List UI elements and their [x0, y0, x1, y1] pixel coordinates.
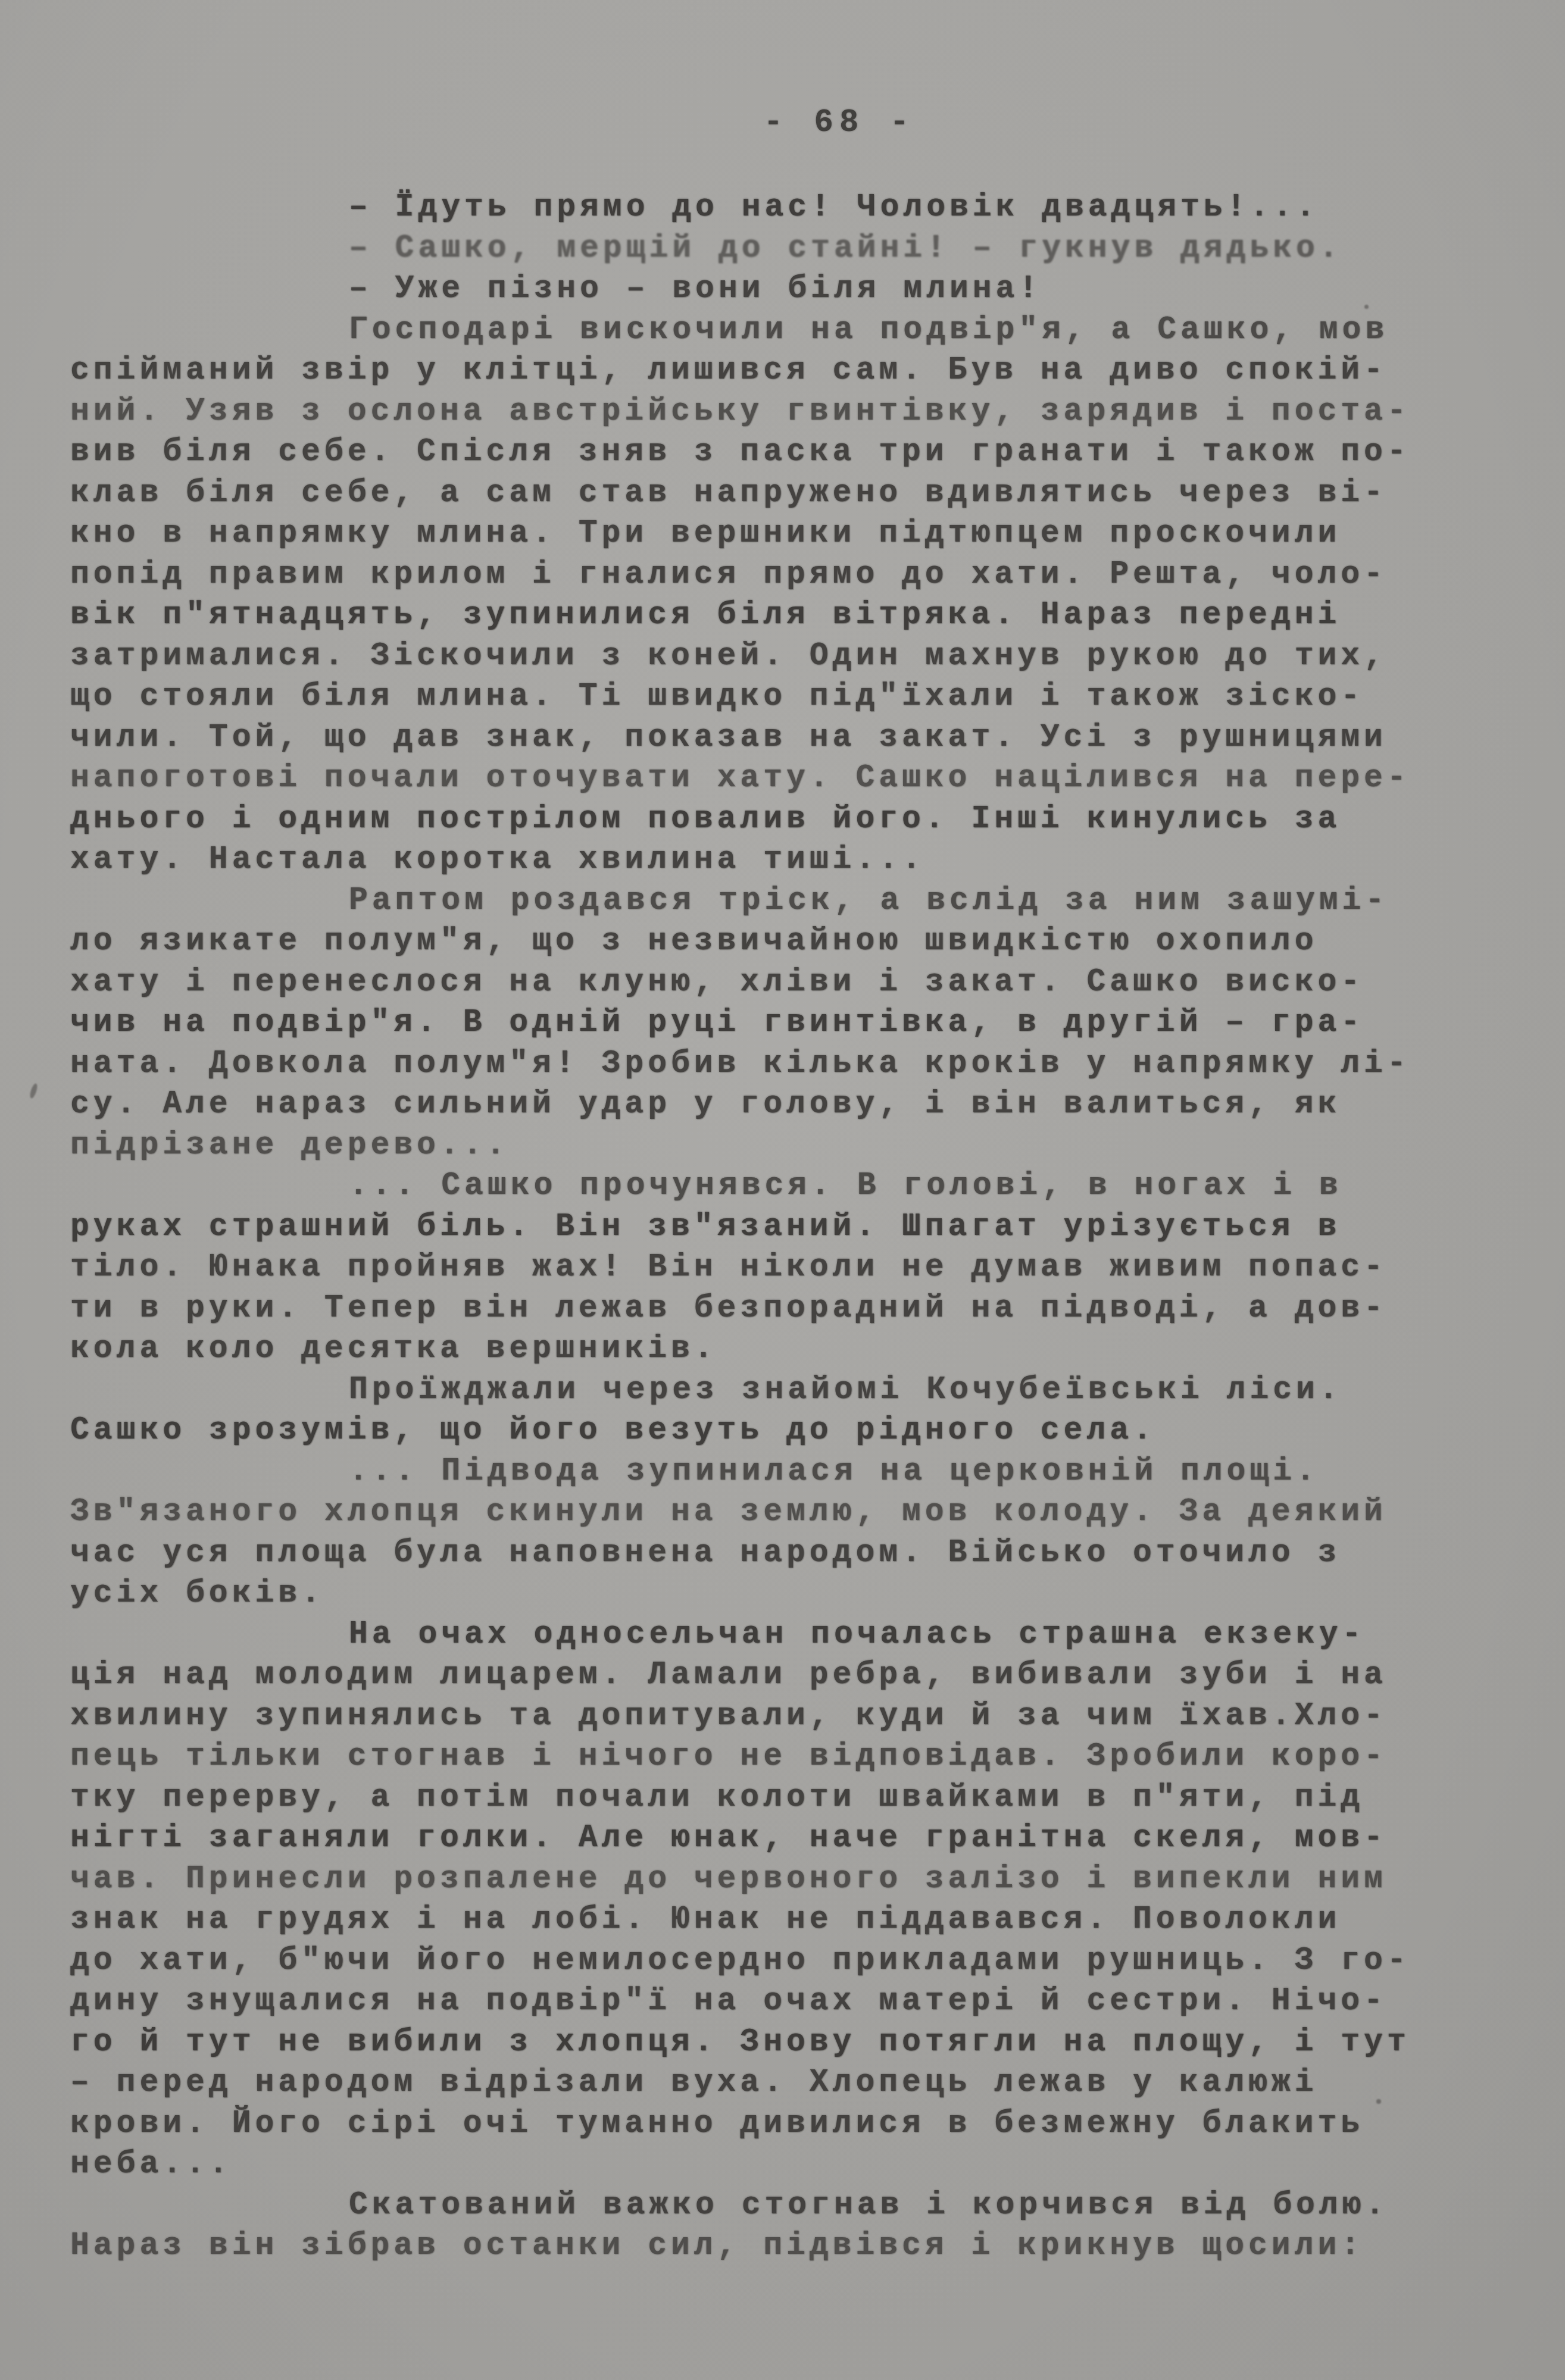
text-line: попід правим крилом і гналися прямо до х… — [70, 554, 1500, 595]
text-line: Господарі вискочили на подвір"я, а Сашко… — [70, 309, 1500, 351]
text-line: Раптом роздався тріск, а вслід за ним за… — [70, 880, 1500, 921]
scanned-document-page: { "colors": { "paper": "#a8a7a4", "ink":… — [0, 0, 1565, 2380]
text-line: знак на грудях і на лобі. Юнак не піддав… — [70, 1899, 1500, 1940]
text-line: – Уже пізно – вони біля млина! — [70, 268, 1500, 309]
text-line: днього і одним пострілом повалив його. І… — [70, 799, 1500, 840]
text-line: хвилину зупинялись та допитували, куди й… — [70, 1696, 1500, 1737]
text-line: – Їдуть прямо до нас! Чоловік двадцять!.… — [70, 187, 1500, 228]
text-line: кно в напрямку млина. Три вершники підтю… — [70, 513, 1500, 554]
text-line: – перед народом відрізали вуха. Хлопець … — [70, 2062, 1500, 2103]
text-line: ти в руки. Тепер він лежав безпорадний н… — [70, 1288, 1500, 1329]
text-line: Проїжджали через знайомі Кочубеївські лі… — [70, 1369, 1500, 1411]
text-line: усіх боків. — [70, 1573, 1500, 1614]
text-line: тіло. Юнака пройняв жах! Він ніколи не д… — [70, 1247, 1500, 1288]
text-line: Нараз він зібрав останки сил, підвівся і… — [70, 2225, 1500, 2266]
text-line: го й тут не вибили з хлопця. Знову потяг… — [70, 2022, 1500, 2063]
text-line: час уся площа була наповнена народом. Ві… — [70, 1533, 1500, 1574]
text-line: хату. Настала коротка хвилина тиші... — [70, 839, 1500, 880]
text-line: На очах односельчан почалась страшна екз… — [70, 1614, 1500, 1655]
text-line: до хати, б"ючи його немилосердно приклад… — [70, 1940, 1500, 1981]
scan-artifact — [29, 1083, 39, 1099]
text-line: ... Сашко прочунявся. В голові, в ногах … — [70, 1165, 1500, 1206]
text-line: – Сашко, мерщій до стайні! – гукнув дядь… — [70, 228, 1500, 269]
text-line: руках страшний біль. Він зв"язаний. Шпаг… — [70, 1206, 1500, 1247]
text-line: ... Підвода зупинилася на церковній площ… — [70, 1451, 1500, 1492]
text-body: – Їдуть прямо до нас! Чоловік двадцять!.… — [70, 187, 1500, 2266]
text-line: чав. Принесли розпалене до червоного зал… — [70, 1859, 1500, 1900]
text-line: ція над молодим лицарем. Ламали ребра, в… — [70, 1655, 1500, 1696]
text-line: спійманий звір у клітці, лишився сам. Бу… — [70, 350, 1500, 391]
text-line: Скатований важко стогнав і корчився від … — [70, 2185, 1500, 2226]
text-line: напоготові почали оточувати хату. Сашко … — [70, 758, 1500, 799]
text-line: су. Але нараз сильний удар у голову, і в… — [70, 1084, 1500, 1125]
text-line: Сашко зрозумів, що його везуть до рідног… — [70, 1410, 1500, 1451]
text-line: ний. Узяв з ослона австрійську гвинтівку… — [70, 391, 1500, 432]
text-line: затрималися. Зіскочили з коней. Один мах… — [70, 636, 1500, 677]
text-line: дину знущалися на подвір"ї на очах матер… — [70, 1981, 1500, 2022]
page-number: - 68 - — [0, 105, 1565, 141]
text-line: нігті заганяли голки. Але юнак, наче гра… — [70, 1818, 1500, 1859]
text-line: кола коло десятка вершників. — [70, 1328, 1500, 1369]
text-line: неба... — [70, 2144, 1500, 2185]
text-line: підрізане дерево... — [70, 1125, 1500, 1166]
text-line: тку перерву, а потім почали колоти швайк… — [70, 1777, 1500, 1818]
text-line: хату і перенеслося на клуню, хліви і зак… — [70, 962, 1500, 1003]
text-line: чив на подвір"я. В одній руці гвинтівка,… — [70, 1002, 1500, 1043]
text-line: Зв"язаного хлопця скинули на землю, мов … — [70, 1491, 1500, 1533]
text-line: пець тільки стогнав і нічого не відповід… — [70, 1736, 1500, 1777]
text-line: ло язикате полум"я, що з незвичайною шви… — [70, 921, 1500, 962]
text-line: вив біля себе. Спісля зняв з паска три г… — [70, 431, 1500, 473]
text-line: вік п"ятнадцять, зупинилися біля вітряка… — [70, 595, 1500, 636]
text-line: чили. Той, що дав знак, показав на закат… — [70, 717, 1500, 758]
text-line: клав біля себе, а сам став напружено вди… — [70, 473, 1500, 514]
text-line: крови. Його сірі очі туманно дивилися в … — [70, 2103, 1500, 2144]
text-line: що стояли біля млина. Ті швидко під"їхал… — [70, 676, 1500, 717]
text-line: ната. Довкола полум"я! Зробив кілька кро… — [70, 1043, 1500, 1084]
